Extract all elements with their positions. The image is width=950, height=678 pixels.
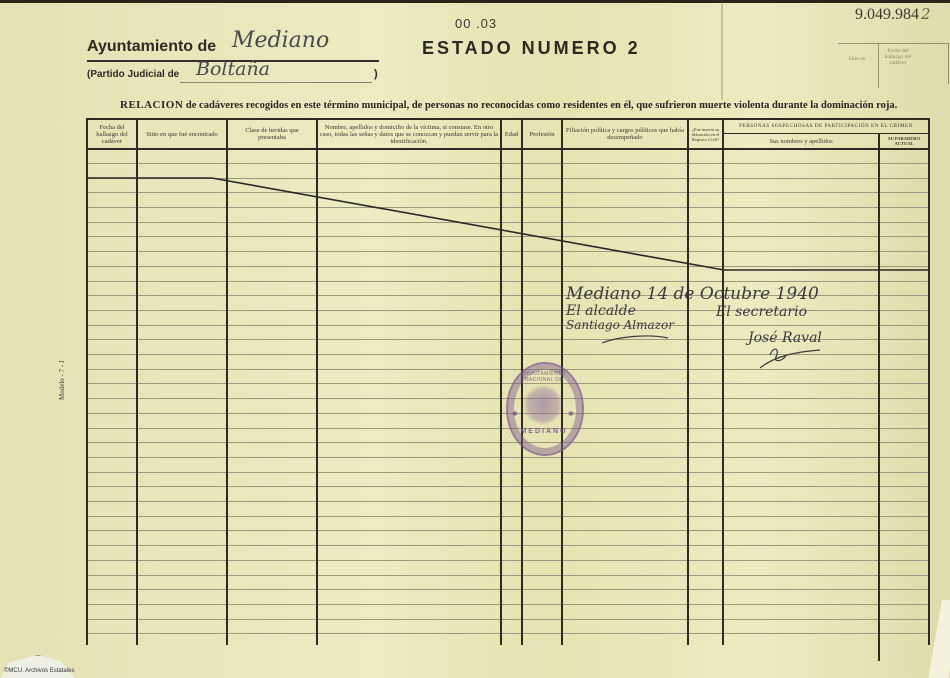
stamp-bottom-text: MEDIANO bbox=[512, 428, 576, 435]
signature-flourishes bbox=[0, 0, 950, 678]
coat-of-arms-icon bbox=[523, 385, 563, 425]
copyright-notice: ©MCU. Archivos Estatales bbox=[4, 668, 74, 674]
stamp-star-icon: ✱ bbox=[568, 410, 574, 418]
stamp-top-text: AYUNTAMIENTO NACIONAL DE bbox=[512, 371, 576, 383]
document-page: 00 .03 9.049.9842 Ayuntamiento de Median… bbox=[0, 0, 950, 678]
stamp-star-icon: ✱ bbox=[512, 410, 518, 418]
